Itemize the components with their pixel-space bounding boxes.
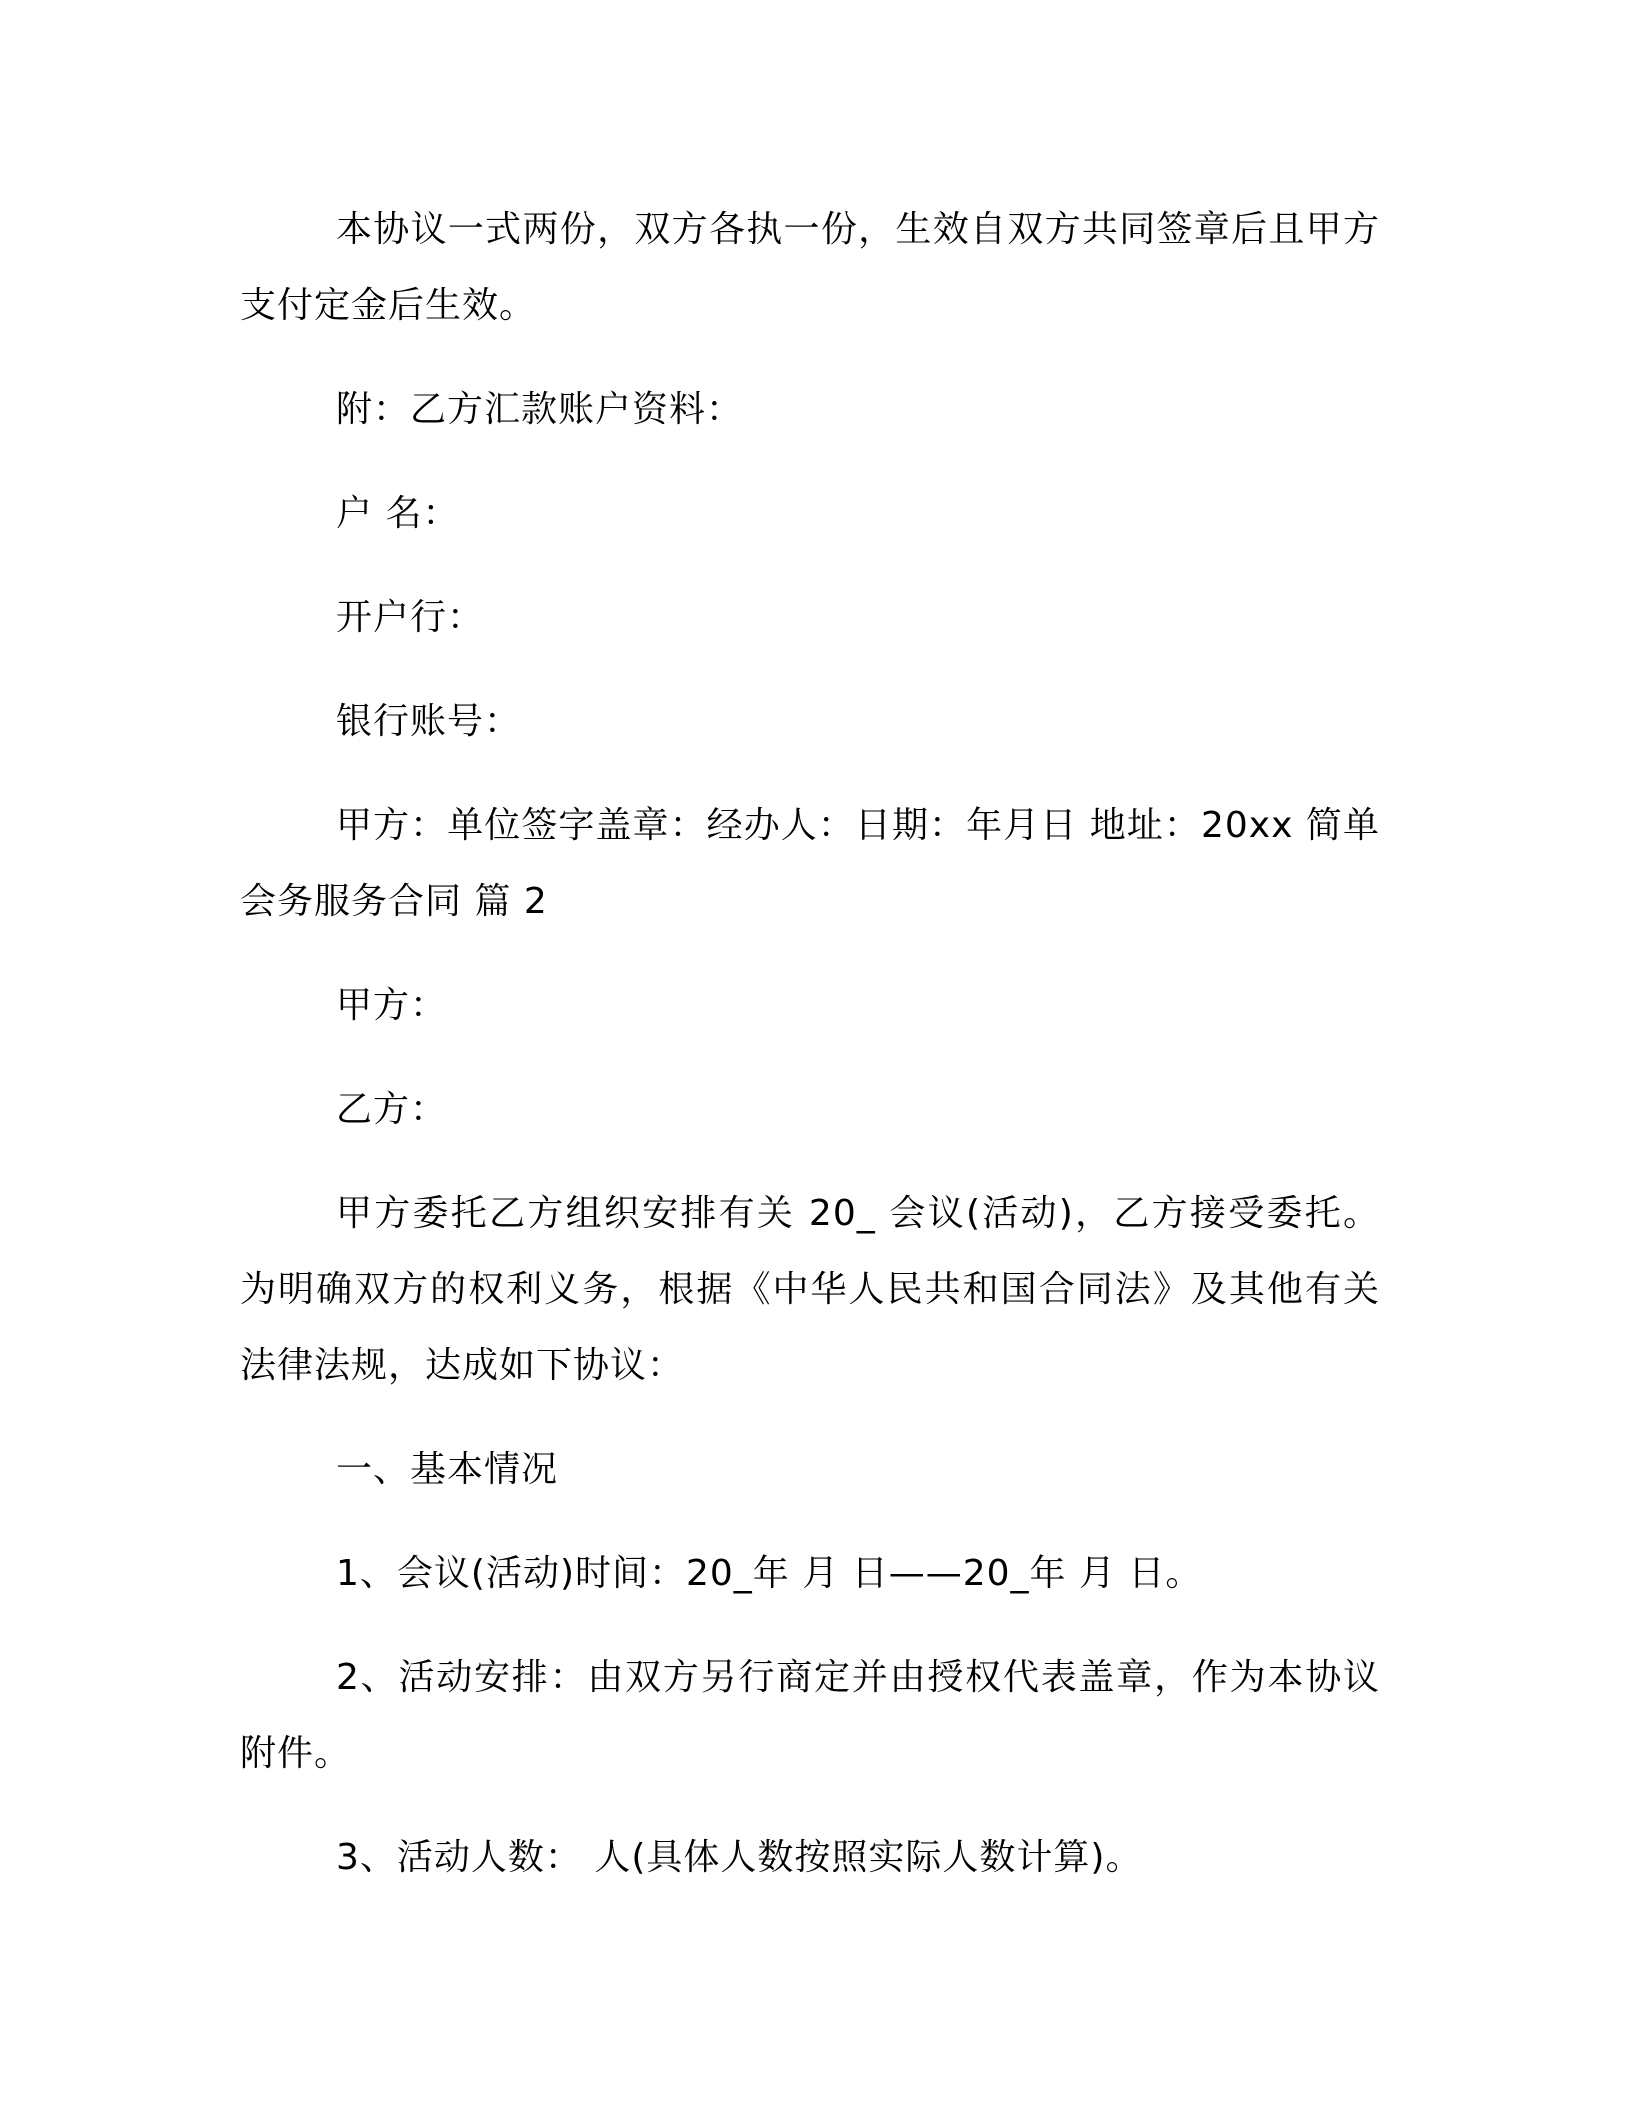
paragraph-attachment-heading: 附：乙方汇款账户资料： bbox=[240, 372, 1380, 448]
paragraph-party-a: 甲方： bbox=[240, 968, 1380, 1044]
section-heading-basic-info: 一、基本情况 bbox=[240, 1432, 1380, 1508]
paragraph-event-time: 1、会议(活动)时间：20_年 月 日——20_年 月 日。 bbox=[240, 1536, 1380, 1612]
paragraph-effectiveness-clause: 本协议一式两份，双方各执一份，生效自双方共同签章后且甲方支付定金后生效。 bbox=[240, 192, 1380, 344]
paragraph-attendee-count: 3、活动人数： 人(具体人数按照实际人数计算)。 bbox=[240, 1820, 1380, 1896]
paragraph-bank-account-number: 银行账号： bbox=[240, 684, 1380, 760]
paragraph-signature-block: 甲方：单位签字盖章：经办人：日期：年月日 地址：20xx 简单会务服务合同 篇 … bbox=[240, 788, 1380, 940]
document-page: 本协议一式两份，双方各执一份，生效自双方共同签章后且甲方支付定金后生效。 附：乙… bbox=[240, 192, 1380, 1924]
paragraph-account-name: 户 名： bbox=[240, 476, 1380, 552]
paragraph-bank-branch: 开户行： bbox=[240, 580, 1380, 656]
paragraph-event-arrangement: 2、活动安排：由双方另行商定并由授权代表盖章，作为本协议附件。 bbox=[240, 1640, 1380, 1792]
paragraph-party-b: 乙方： bbox=[240, 1072, 1380, 1148]
paragraph-preamble: 甲方委托乙方组织安排有关 20_ 会议(活动)，乙方接受委托。为明确双方的权利义… bbox=[240, 1176, 1380, 1404]
